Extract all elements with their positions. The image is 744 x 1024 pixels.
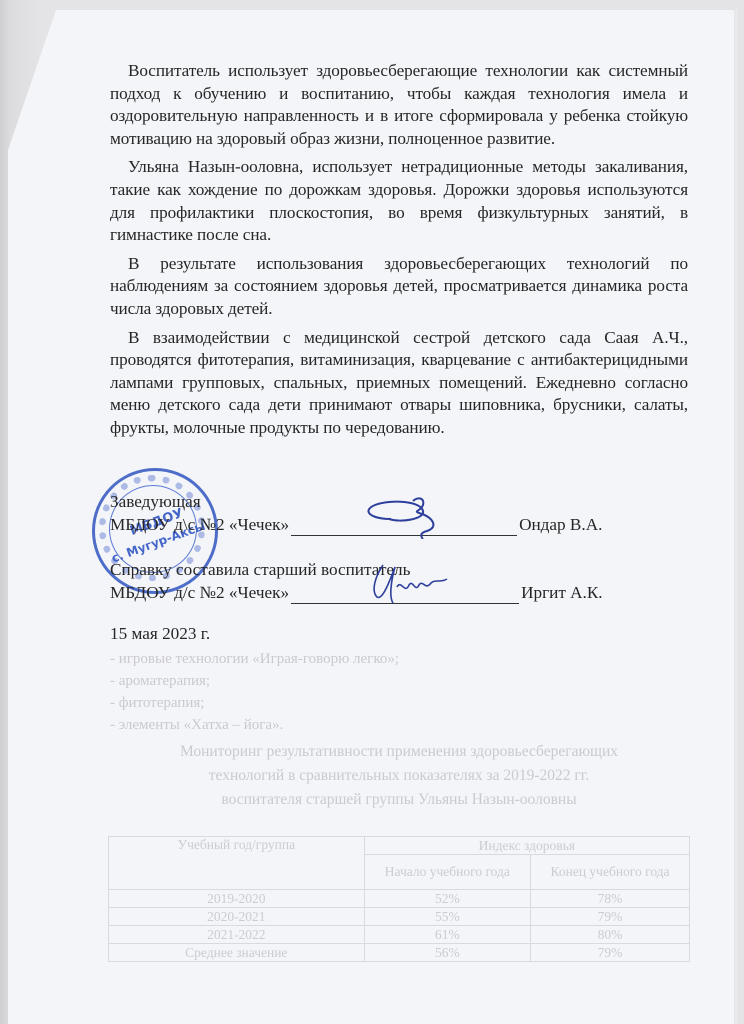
bleed-cell: 79% (531, 944, 690, 962)
document-date: 15 мая 2023 г. (110, 623, 210, 646)
bleed-table-header: Начало учебного года (364, 855, 530, 890)
signature-name: Ондар В.А. (519, 514, 602, 537)
signature-title: Справку составила старший воспитатель (110, 559, 603, 582)
bleed-table-header: Учебный год/группа (109, 837, 365, 890)
signature-line (291, 517, 517, 536)
bleed-cell: 2021-2022 (109, 926, 365, 944)
bleed-table-row: 2019-2020 52% 78% (109, 890, 690, 908)
paragraph: В взаимодействии с медицинской сестрой д… (110, 327, 688, 440)
handwritten-signature-icon (361, 557, 451, 607)
signature-block-head: Заведующая МБДОУ д\с №2 «Чечек» Ондар В.… (110, 491, 602, 536)
bleed-cell: Среднее значение (109, 944, 365, 962)
bleed-cell: 80% (531, 926, 690, 944)
bleed-cell: 52% (364, 890, 530, 908)
paragraph: Воспитатель использует здоровьесберегающ… (110, 60, 688, 150)
bleed-cell: 61% (364, 926, 530, 944)
bleed-table-row: 2021-2022 61% 80% (109, 926, 690, 944)
bleed-cell: 2019-2020 (109, 890, 365, 908)
handwritten-signature-icon (361, 497, 451, 539)
signature-org: МБДОУ д\с №2 «Чечек» (110, 514, 289, 537)
signature-block-author: Справку составила старший воспитатель МБ… (110, 559, 603, 604)
bleed-table-row: Среднее значение 56% 79% (109, 944, 690, 962)
bleed-cell: 56% (364, 944, 530, 962)
paragraph: В результате использования здоровьесбере… (110, 253, 688, 321)
paragraph: Ульяна Назын-ооловна, использует нетради… (110, 156, 688, 246)
signature-name: Иргит А.К. (521, 582, 603, 605)
bleed-through-table: Учебный год/группа Индекс здоровья Начал… (108, 836, 690, 962)
signature-line (291, 585, 519, 604)
bleed-cell: 78% (531, 890, 690, 908)
bleed-table-header: Конец учебного года (531, 855, 690, 890)
paper-edge (735, 8, 738, 1024)
signature-row: МБДОУ д/с №2 «Чечек» Иргит А.К. (110, 582, 603, 605)
signature-org: МБДОУ д/с №2 «Чечек» (110, 582, 289, 605)
bleed-cell: 2020-2021 (109, 908, 365, 926)
bleed-table-header: Индекс здоровья (364, 837, 689, 855)
bleed-cell: 55% (364, 908, 530, 926)
signature-row: МБДОУ д\с №2 «Чечек» Ондар В.А. (110, 514, 602, 537)
document-body: Воспитатель использует здоровьесберегающ… (110, 60, 688, 440)
bleed-table-row: 2020-2021 55% 79% (109, 908, 690, 926)
bleed-cell: 79% (531, 908, 690, 926)
signature-title: Заведующая (110, 491, 602, 514)
